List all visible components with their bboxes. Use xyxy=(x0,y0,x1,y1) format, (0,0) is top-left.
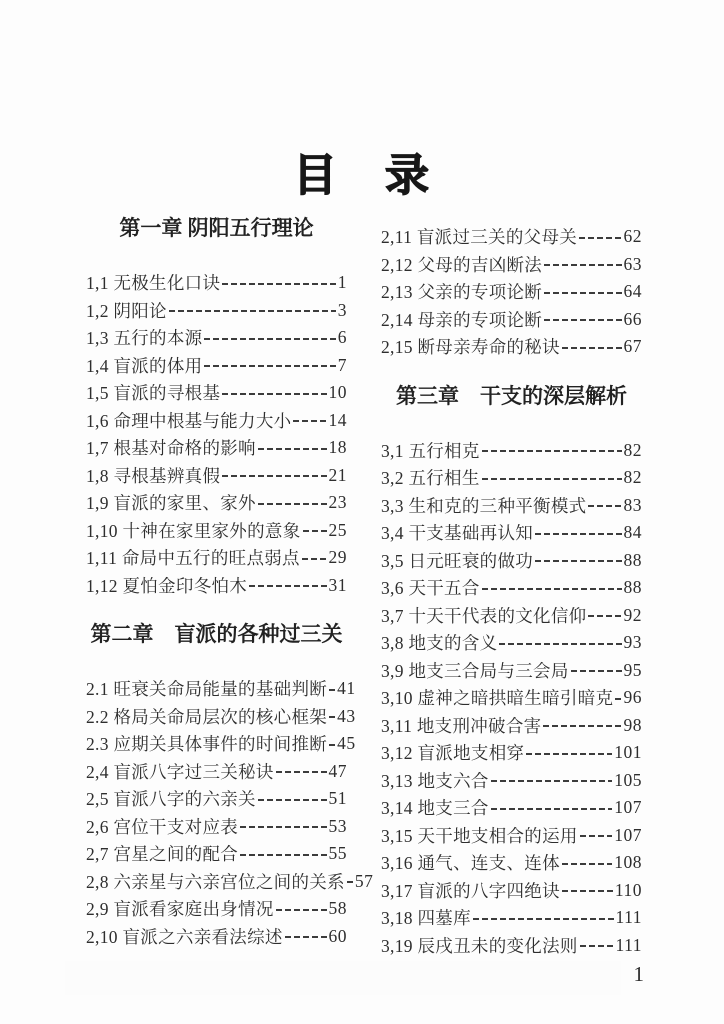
entry-page: 84 xyxy=(624,522,643,543)
entry-label: 3,9 地支三合局与三会局 xyxy=(381,658,569,683)
scanned-toc-page: 目 录 第一章 阴阳五行理论1,1 无极生化口诀11,2 阴阳论31,3 五行的… xyxy=(0,0,724,1024)
entry-page: 55 xyxy=(329,843,348,864)
leader-dashes xyxy=(499,643,621,645)
toc-entry: 3,15 天干地支相合的运用107 xyxy=(381,822,642,850)
entry-label: 3,3 生和克的三种平衡模式 xyxy=(381,493,586,518)
entry-page: 53 xyxy=(329,816,348,837)
entry-label: 3,12 盲派地支相穿 xyxy=(381,740,524,765)
toc-entry-list: 1,1 无极生化口诀11,2 阴阳论31,3 五行的本源61,4 盲派的体用71… xyxy=(86,269,347,599)
entry-page: 98 xyxy=(624,715,643,736)
entry-label: 2,14 母亲的专项论断 xyxy=(381,307,542,332)
entry-label: 3,18 四墓库 xyxy=(381,905,471,930)
entry-page: 58 xyxy=(329,898,348,919)
entry-page: 111 xyxy=(616,907,642,928)
entry-label: 1,2 阴阳论 xyxy=(86,298,167,323)
entry-page: 10 xyxy=(329,382,348,403)
entry-label: 2,8 六亲星与六亲宫位之间的关系 xyxy=(86,869,345,894)
toc-column-right: 2,11 盲派过三关的父母关622,12 父母的吉凶断法632,13 父亲的专项… xyxy=(381,214,642,959)
entry-page: 93 xyxy=(624,632,643,653)
toc-entry: 3,13 地支六合105 xyxy=(381,767,642,795)
entry-page: 23 xyxy=(329,492,348,513)
toc-entry: 3,17 盲派的八字四绝诀110 xyxy=(381,877,642,905)
toc-entry: 3,6 天干五合88 xyxy=(381,574,642,602)
leader-dashes xyxy=(258,448,327,450)
entry-page: 107 xyxy=(614,825,642,846)
entry-page: 82 xyxy=(624,467,643,488)
toc-entry: 1,12 夏怕金印冬怕木31 xyxy=(86,572,347,600)
entry-page: 45 xyxy=(337,733,356,754)
entry-page: 25 xyxy=(329,520,348,541)
entry-page: 88 xyxy=(624,577,643,598)
leader-dashes xyxy=(204,338,335,340)
toc-entry: 1,2 阴阳论3 xyxy=(86,297,347,325)
toc-entry: 2,8 六亲星与六亲宫位之间的关系57 xyxy=(86,868,347,896)
entry-page: 1 xyxy=(338,272,347,293)
leader-dashes xyxy=(544,292,621,294)
leader-dashes xyxy=(482,478,622,480)
entry-label: 2,4 盲派八字过三关秘诀 xyxy=(86,759,274,784)
leader-dashes xyxy=(249,585,326,587)
toc-entry: 2,5 盲派八字的六亲关51 xyxy=(86,785,347,813)
entry-label: 3,10 虚神之暗拱暗生暗引暗克 xyxy=(381,685,613,710)
toc-section: 2,11 盲派过三关的父母关622,12 父母的吉凶断法632,13 父亲的专项… xyxy=(381,223,642,361)
leader-dashes xyxy=(535,560,621,562)
entry-page: 31 xyxy=(329,575,348,596)
entry-page: 21 xyxy=(329,465,348,486)
entry-label: 3,14 地支三合 xyxy=(381,795,489,820)
entry-page: 107 xyxy=(614,797,642,818)
entry-label: 2,11 盲派过三关的父母关 xyxy=(381,224,577,249)
entry-page: 51 xyxy=(329,788,348,809)
leader-dashes xyxy=(580,945,614,947)
entry-page: 92 xyxy=(624,605,643,626)
toc-entry: 3,14 地支三合107 xyxy=(381,794,642,822)
entry-page: 63 xyxy=(624,254,643,275)
toc-columns: 第一章 阴阳五行理论1,1 无极生化口诀11,2 阴阳论31,3 五行的本源61… xyxy=(86,214,642,959)
entry-page: 3 xyxy=(338,300,347,321)
leader-dashes xyxy=(293,420,326,422)
toc-section: 第二章 盲派的各种过三关2.1 旺衰关命局能量的基础判断412.2 格局关命局层… xyxy=(86,620,347,950)
leader-dashes xyxy=(526,753,612,755)
leader-dashes xyxy=(562,863,612,865)
leader-dashes xyxy=(258,799,327,801)
toc-entry: 1,5 盲派的寻根基10 xyxy=(86,379,347,407)
toc-title: 目 录 xyxy=(0,150,724,202)
toc-entry-list: 2.1 旺衰关命局能量的基础判断412.2 格局关命局层次的核心框架432.3 … xyxy=(86,675,347,950)
entry-page: 95 xyxy=(624,660,643,681)
toc-entry: 3,5 日元旺衰的做功88 xyxy=(381,547,642,575)
toc-entry: 1,9 盲派的家里、家外23 xyxy=(86,489,347,517)
toc-section: 第一章 阴阳五行理论1,1 无极生化口诀11,2 阴阳论31,3 五行的本源61… xyxy=(86,214,347,599)
page-number: 1 xyxy=(634,962,645,987)
entry-page: 83 xyxy=(624,495,643,516)
toc-column-left: 第一章 阴阳五行理论1,1 无极生化口诀11,2 阴阳论31,3 五行的本源61… xyxy=(86,214,347,950)
entry-page: 82 xyxy=(624,440,643,461)
entry-label: 3,11 地支刑冲破合害 xyxy=(381,713,541,738)
entry-page: 14 xyxy=(329,410,348,431)
entry-label: 1,1 无极生化口诀 xyxy=(86,270,220,295)
leader-dashes xyxy=(571,670,622,672)
entry-label: 3,16 通气、连支、连体 xyxy=(381,850,560,875)
entry-label: 3,7 十天干代表的文化信仰 xyxy=(381,603,586,628)
leader-dashes xyxy=(588,505,621,507)
leader-dashes xyxy=(543,725,621,727)
leader-dashes xyxy=(615,698,621,700)
entry-page: 62 xyxy=(624,226,643,247)
entry-label: 1,11 命局中五行的旺点弱点 xyxy=(86,545,300,570)
entry-label: 2,9 盲派看家庭出身情况 xyxy=(86,896,274,921)
toc-entry: 2,12 父母的吉凶断法63 xyxy=(381,251,642,279)
entry-label: 2,15 断母亲寿命的秘诀 xyxy=(381,334,560,359)
leader-dashes xyxy=(204,365,335,367)
chapter-heading: 第一章 阴阳五行理论 xyxy=(86,214,347,242)
entry-page: 66 xyxy=(624,309,643,330)
leader-dashes xyxy=(491,780,613,782)
leader-dashes xyxy=(473,918,614,920)
entry-page: 47 xyxy=(329,761,348,782)
entry-page: 60 xyxy=(329,926,348,947)
leader-dashes xyxy=(579,237,621,239)
entry-label: 1,8 寻根基辨真假 xyxy=(86,463,220,488)
entry-label: 3,4 干支基础再认知 xyxy=(381,520,533,545)
toc-entry: 1,1 无极生化口诀1 xyxy=(86,269,347,297)
entry-page: 18 xyxy=(329,437,348,458)
toc-entry: 1,7 根基对命格的影响18 xyxy=(86,434,347,462)
toc-entry: 2,14 母亲的专项论断66 xyxy=(381,306,642,334)
leader-dashes xyxy=(240,826,326,828)
chapter-heading: 第三章 干支的深层解析 xyxy=(381,382,642,410)
entry-label: 3,17 盲派的八字四绝诀 xyxy=(381,878,560,903)
toc-entry: 2,15 断母亲寿命的秘诀67 xyxy=(381,333,642,361)
toc-entry: 2,11 盲派过三关的父母关62 xyxy=(381,223,642,251)
leader-dashes xyxy=(482,450,622,452)
leader-dashes xyxy=(562,347,622,349)
entry-label: 3,8 地支的含义 xyxy=(381,630,497,655)
entry-label: 2,7 宫星之间的配合 xyxy=(86,841,238,866)
toc-entry: 3,12 盲派地支相穿101 xyxy=(381,739,642,767)
toc-entry-list: 3,1 五行相克823,2 五行相生823,3 生和克的三种平衡模式833,4 … xyxy=(381,437,642,960)
entry-page: 64 xyxy=(624,281,643,302)
entry-label: 3,13 地支六合 xyxy=(381,768,489,793)
leader-dashes xyxy=(258,503,327,505)
entry-label: 2.3 应期关具体事件的时间推断 xyxy=(86,731,327,756)
leader-dashes xyxy=(222,283,336,285)
toc-entry: 2,4 盲派八字过三关秘诀47 xyxy=(86,758,347,786)
toc-entry: 3,9 地支三合局与三会局95 xyxy=(381,657,642,685)
leader-dashes xyxy=(222,393,326,395)
toc-entry: 3,7 十天干代表的文化信仰92 xyxy=(381,602,642,630)
toc-entry: 3,3 生和克的三种平衡模式83 xyxy=(381,492,642,520)
entry-label: 2.1 旺衰关命局能量的基础判断 xyxy=(86,676,327,701)
toc-entry: 1,8 寻根基辨真假21 xyxy=(86,462,347,490)
entry-label: 1,5 盲派的寻根基 xyxy=(86,380,220,405)
toc-entry: 1,6 命理中根基与能力大小14 xyxy=(86,407,347,435)
leader-dashes xyxy=(347,881,353,883)
entry-label: 2,12 父母的吉凶断法 xyxy=(381,252,542,277)
entry-page: 96 xyxy=(624,687,643,708)
entry-label: 2.2 格局关命局层次的核心框架 xyxy=(86,704,327,729)
entry-page: 105 xyxy=(614,770,642,791)
entry-page: 108 xyxy=(614,852,642,873)
entry-label: 1,6 命理中根基与能力大小 xyxy=(86,408,291,433)
toc-entry: 2,9 盲派看家庭出身情况58 xyxy=(86,895,347,923)
toc-entry: 3,4 干支基础再认知84 xyxy=(381,519,642,547)
leader-dashes xyxy=(285,936,327,938)
entry-page: 6 xyxy=(338,327,347,348)
leader-dashes xyxy=(535,533,621,535)
entry-page: 101 xyxy=(614,742,642,763)
entry-page: 41 xyxy=(337,678,356,699)
toc-entry: 2,6 宫位干支对应表53 xyxy=(86,813,347,841)
entry-page: 110 xyxy=(615,880,642,901)
entry-page: 57 xyxy=(355,871,374,892)
leader-dashes xyxy=(482,588,622,590)
entry-page: 43 xyxy=(337,706,356,727)
toc-entry: 2,10 盲派之六亲看法综述60 xyxy=(86,923,347,951)
scan-artifact-band xyxy=(65,961,621,995)
leader-dashes xyxy=(544,264,621,266)
toc-entry: 2.1 旺衰关命局能量的基础判断41 xyxy=(86,675,347,703)
entry-page: 88 xyxy=(624,550,643,571)
toc-entry: 3,1 五行相克82 xyxy=(381,437,642,465)
toc-entry: 1,4 盲派的体用7 xyxy=(86,352,347,380)
toc-entry: 3,16 通气、连支、连体108 xyxy=(381,849,642,877)
leader-dashes xyxy=(588,615,621,617)
toc-entry: 2.3 应期关具体事件的时间推断45 xyxy=(86,730,347,758)
entry-label: 2,6 宫位干支对应表 xyxy=(86,814,238,839)
entry-page: 111 xyxy=(616,935,642,956)
entry-label: 1,10 十神在家里家外的意象 xyxy=(86,518,301,543)
entry-label: 3,1 五行相克 xyxy=(381,438,480,463)
entry-label: 2,10 盲派之六亲看法综述 xyxy=(86,924,283,949)
leader-dashes xyxy=(222,475,326,477)
entry-label: 3,6 天干五合 xyxy=(381,575,480,600)
leader-dashes xyxy=(544,319,621,321)
entry-label: 1,7 根基对命格的影响 xyxy=(86,435,256,460)
leader-dashes xyxy=(562,890,613,892)
entry-page: 67 xyxy=(624,336,643,357)
entry-label: 1,4 盲派的体用 xyxy=(86,353,202,378)
toc-entry: 3,2 五行相生82 xyxy=(381,464,642,492)
toc-entry: 3,19 辰戌丑未的变化法则111 xyxy=(381,932,642,960)
toc-entry: 3,8 地支的含义93 xyxy=(381,629,642,657)
entry-label: 2,13 父亲的专项论断 xyxy=(381,279,542,304)
entry-page: 7 xyxy=(338,355,347,376)
toc-entry: 1,3 五行的本源6 xyxy=(86,324,347,352)
toc-entry: 3,10 虚神之暗拱暗生暗引暗克96 xyxy=(381,684,642,712)
toc-entry: 1,10 十神在家里家外的意象25 xyxy=(86,517,347,545)
leader-dashes xyxy=(276,771,327,773)
leader-dashes xyxy=(302,558,327,560)
leader-dashes xyxy=(580,835,613,837)
leader-dashes xyxy=(276,909,327,911)
entry-label: 1,3 五行的本源 xyxy=(86,325,202,350)
toc-entry: 2,7 宫星之间的配合55 xyxy=(86,840,347,868)
leader-dashes xyxy=(303,530,327,532)
entry-label: 3,19 辰戌丑未的变化法则 xyxy=(381,933,578,958)
leader-dashes xyxy=(169,310,336,312)
chapter-heading: 第二章 盲派的各种过三关 xyxy=(86,620,347,648)
leader-dashes xyxy=(329,689,335,691)
entry-page: 29 xyxy=(329,547,348,568)
leader-dashes xyxy=(491,808,613,810)
toc-entry: 3,11 地支刑冲破合害98 xyxy=(381,712,642,740)
entry-label: 2,5 盲派八字的六亲关 xyxy=(86,786,256,811)
toc-entry: 3,18 四墓库111 xyxy=(381,904,642,932)
toc-section: 第三章 干支的深层解析3,1 五行相克823,2 五行相生823,3 生和克的三… xyxy=(381,382,642,960)
toc-entry-list: 2,11 盲派过三关的父母关622,12 父母的吉凶断法632,13 父亲的专项… xyxy=(381,223,642,361)
entry-label: 3,2 五行相生 xyxy=(381,465,480,490)
leader-dashes xyxy=(329,744,335,746)
entry-label: 3,15 天干地支相合的运用 xyxy=(381,823,578,848)
entry-label: 3,5 日元旺衰的做功 xyxy=(381,548,533,573)
leader-dashes xyxy=(240,854,326,856)
leader-dashes xyxy=(329,716,335,718)
toc-entry: 2.2 格局关命局层次的核心框架43 xyxy=(86,703,347,731)
toc-entry: 1,11 命局中五行的旺点弱点29 xyxy=(86,544,347,572)
entry-label: 1,9 盲派的家里、家外 xyxy=(86,490,256,515)
entry-label: 1,12 夏怕金印冬怕木 xyxy=(86,573,247,598)
toc-entry: 2,13 父亲的专项论断64 xyxy=(381,278,642,306)
